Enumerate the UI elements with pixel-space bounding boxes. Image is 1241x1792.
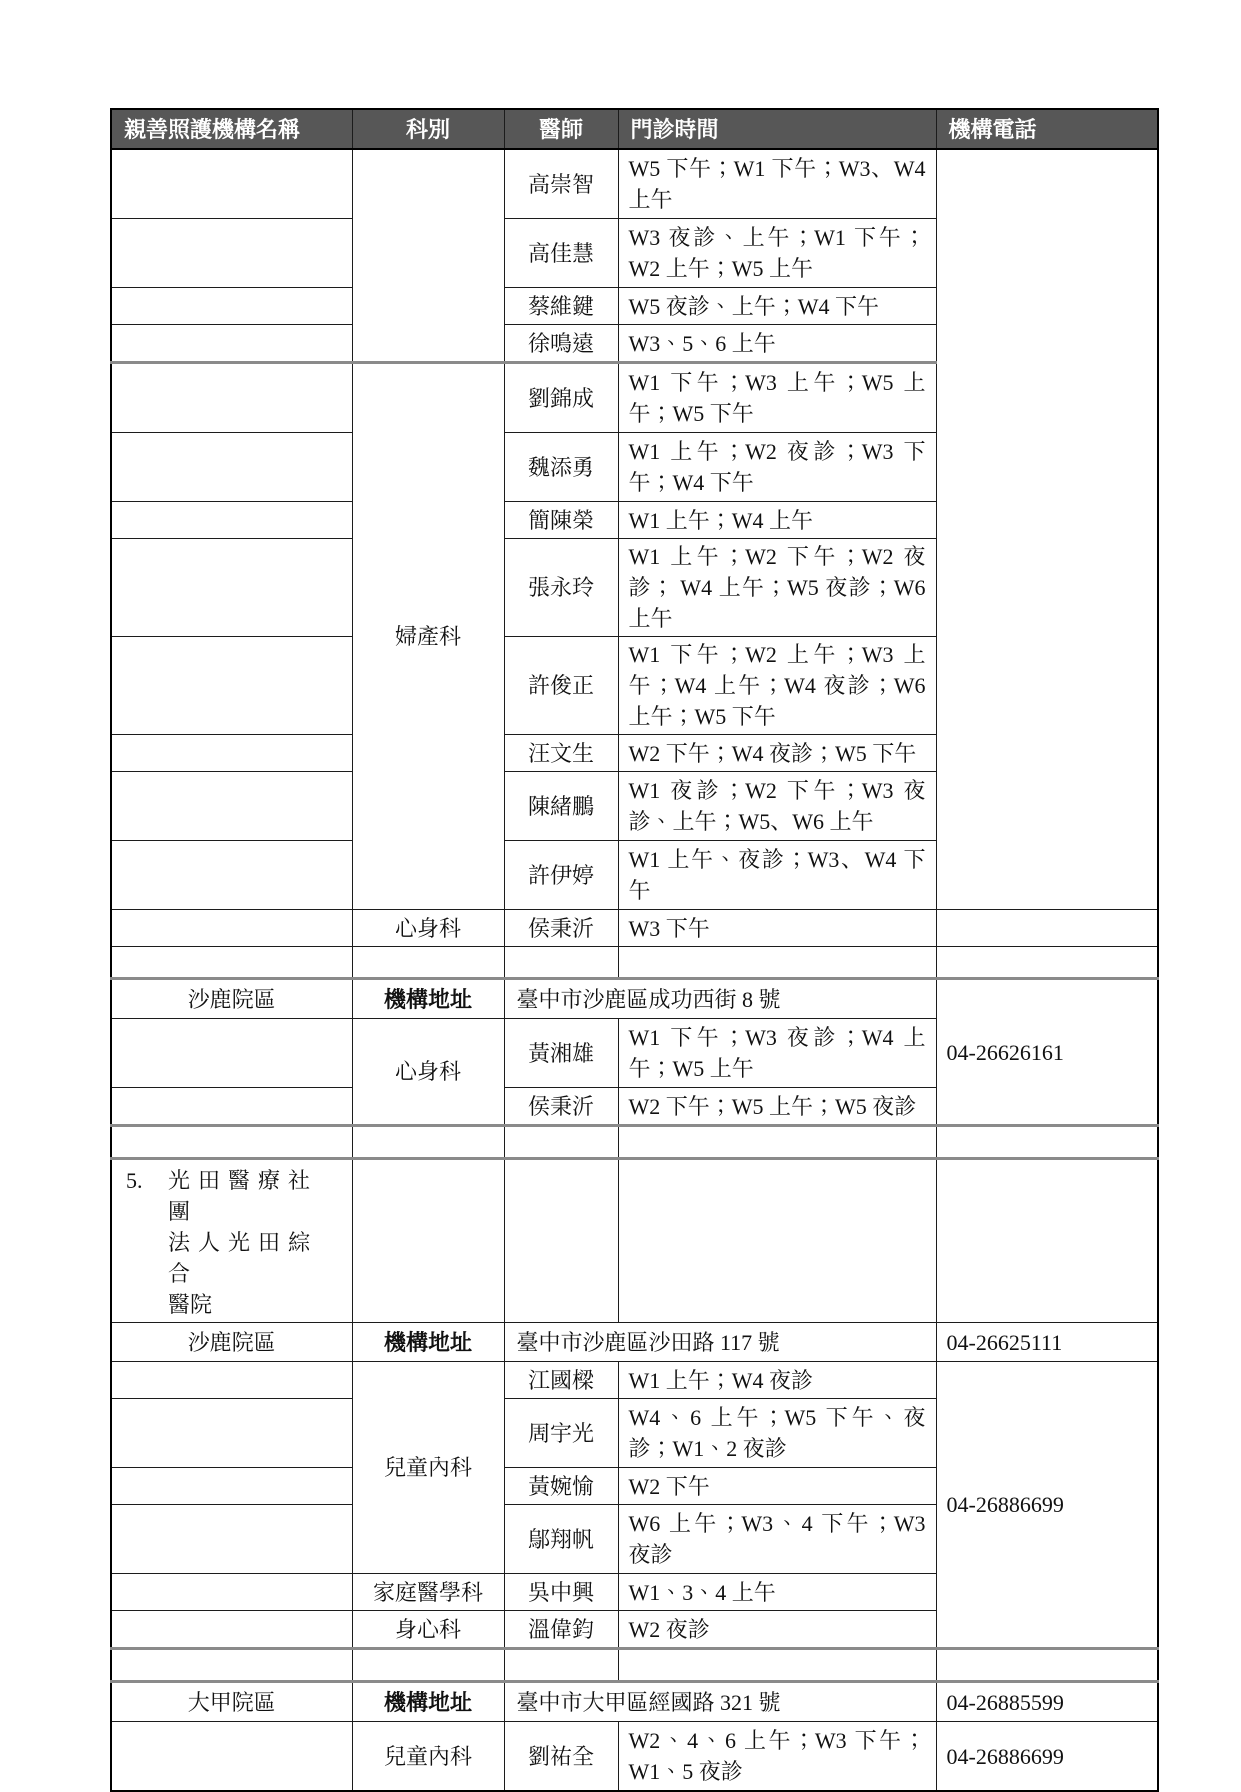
address-label-cell: 機構地址 [352, 1323, 504, 1362]
hours-cell: W5 下午；W1 下午；W3、W4 上午 [618, 149, 936, 219]
doctor-cell: 張永玲 [504, 539, 618, 637]
phone-cell: 04-26886699 [936, 1362, 1158, 1649]
branch-name-cell: 大甲院區 [111, 1682, 352, 1722]
doctor-cell: 劉祐全 [504, 1722, 618, 1792]
empty-cell [111, 1649, 352, 1682]
empty-cell [504, 947, 618, 979]
empty-cell [111, 1126, 352, 1159]
table-row: 心身科 侯秉沂 W3 下午 [111, 910, 1158, 947]
org-cell [111, 910, 352, 947]
spacer-row [111, 1126, 1158, 1159]
org-cell [111, 841, 352, 910]
branch-address-row: 沙鹿院區 機構地址 臺中市沙鹿區成功西街 8 號 04-26626161 [111, 979, 1158, 1019]
hours-cell: W1 下午；W2 上午；W3 上午；W4 上午；W4 夜診；W6 上午；W5 下… [618, 637, 936, 735]
dept-cell: 身心科 [352, 1611, 504, 1649]
document-page: 親善照護機構名稱 科別 醫師 門診時間 機構電話 高崇智 W5 下午；W1 下午… [0, 0, 1241, 1755]
empty-cell [504, 1126, 618, 1159]
hospital-name-cell: 5. 光田醫療社團 法人光田綜合 醫院 [111, 1159, 352, 1323]
branch-address-row: 沙鹿院區 機構地址 臺中市沙鹿區沙田路 117 號 04-26625111 [111, 1323, 1158, 1362]
empty-cell [936, 1126, 1158, 1159]
empty-cell [618, 1126, 936, 1159]
empty-cell [352, 947, 504, 979]
branch-name-cell: 沙鹿院區 [111, 1323, 352, 1362]
org-cell [111, 1019, 352, 1088]
header-phone: 機構電話 [936, 109, 1158, 149]
org-cell [111, 502, 352, 539]
hours-cell: W1 下午；W3 上午；W5 上午；W5 下午 [618, 363, 936, 433]
phone-cell [936, 910, 1158, 947]
dept-cell: 婦產科 [352, 363, 504, 910]
doctor-cell: 侯秉沂 [504, 1088, 618, 1126]
hours-cell: W3、5、6 上午 [618, 325, 936, 363]
org-cell [111, 772, 352, 841]
org-cell [111, 288, 352, 325]
doctor-cell: 溫偉鈞 [504, 1611, 618, 1649]
org-cell [111, 1611, 352, 1649]
phone-cell [936, 149, 1158, 910]
doctor-cell: 劉錦成 [504, 363, 618, 433]
spacer-row [111, 947, 1158, 979]
hours-cell: W1、3、4 上午 [618, 1574, 936, 1611]
header-row: 親善照護機構名稱 科別 醫師 門診時間 機構電話 [111, 109, 1158, 149]
org-cell [111, 539, 352, 637]
empty-cell [352, 1159, 504, 1323]
empty-cell [936, 1649, 1158, 1682]
hours-cell: W1 上午、夜診；W3、W4 下午 [618, 841, 936, 910]
hours-cell: W2、4、6 上午；W3 下午；W1、5 夜診 [618, 1722, 936, 1792]
dept-cell: 兒童內科 [352, 1362, 504, 1574]
empty-cell [618, 1159, 936, 1323]
doctor-cell: 江國樑 [504, 1362, 618, 1399]
table-row: 兒童內科 劉祐全 W2、4、6 上午；W3 下午；W1、5 夜診 04-2688… [111, 1722, 1158, 1792]
dept-cell: 兒童內科 [352, 1722, 504, 1792]
doctor-cell: 許俊正 [504, 637, 618, 735]
header-doctor: 醫師 [504, 109, 618, 149]
header-hours: 門診時間 [618, 109, 936, 149]
address-label-cell: 機構地址 [352, 979, 504, 1019]
header-dept: 科別 [352, 109, 504, 149]
dept-cell: 家庭醫學科 [352, 1574, 504, 1611]
table-row: 兒童內科 江國樑 W1 上午；W4 夜診 04-26886699 [111, 1362, 1158, 1399]
doctor-cell: 周宇光 [504, 1399, 618, 1468]
hours-cell: W2 下午 [618, 1468, 936, 1505]
empty-cell [618, 1649, 936, 1682]
address-cell: 臺中市沙鹿區成功西街 8 號 [504, 979, 936, 1019]
hours-cell: W1 下午；W3 夜診；W4 上午；W5 上午 [618, 1019, 936, 1088]
empty-cell [352, 1126, 504, 1159]
org-cell [111, 1088, 352, 1126]
table-row: 高崇智 W5 下午；W1 下午；W3、W4 上午 [111, 149, 1158, 219]
doctor-cell: 徐鳴遠 [504, 325, 618, 363]
hours-cell: W2 夜診 [618, 1611, 936, 1649]
empty-cell [111, 947, 352, 979]
empty-cell [504, 1649, 618, 1682]
doctor-cell: 陳緒鵬 [504, 772, 618, 841]
phone-cell: 04-26626161 [936, 979, 1158, 1126]
hours-cell: W3 夜診、上午；W1 下午；W2 上午；W5 上午 [618, 219, 936, 288]
phone-cell: 04-26625111 [936, 1323, 1158, 1362]
hospital-name: 5. 光田醫療社團 法人光田綜合 醫院 [120, 1165, 344, 1320]
doctor-cell: 汪文生 [504, 735, 618, 772]
branch-address-row: 大甲院區 機構地址 臺中市大甲區經國路 321 號 04-26885599 [111, 1682, 1158, 1722]
org-cell [111, 1399, 352, 1468]
org-cell [111, 325, 352, 363]
phone-cell: 04-26886699 [936, 1722, 1158, 1792]
empty-cell [936, 1159, 1158, 1323]
clinic-schedule-table: 親善照護機構名稱 科別 醫師 門診時間 機構電話 高崇智 W5 下午；W1 下午… [110, 108, 1159, 1792]
hours-cell: W1 夜診；W2 下午；W3 夜診、上午；W5、W6 上午 [618, 772, 936, 841]
org-cell [111, 219, 352, 288]
doctor-cell: 魏添勇 [504, 433, 618, 502]
spacer-row [111, 1649, 1158, 1682]
doctor-cell: 高崇智 [504, 149, 618, 219]
doctor-cell: 侯秉沂 [504, 910, 618, 947]
org-cell [111, 149, 352, 219]
address-label-cell: 機構地址 [352, 1682, 504, 1722]
empty-cell [352, 1649, 504, 1682]
doctor-cell: 許伊婷 [504, 841, 618, 910]
hours-cell: W1 上午；W4 上午 [618, 502, 936, 539]
doctor-cell: 吳中興 [504, 1574, 618, 1611]
org-cell [111, 1505, 352, 1574]
empty-cell [618, 947, 936, 979]
address-cell: 臺中市沙鹿區沙田路 117 號 [504, 1323, 936, 1362]
header-org: 親善照護機構名稱 [111, 109, 352, 149]
org-cell [111, 637, 352, 735]
hours-cell: W2 下午；W4 夜診；W5 下午 [618, 735, 936, 772]
hours-cell: W1 上午；W2 夜診；W3 下午；W4 下午 [618, 433, 936, 502]
hours-cell: W1 上午；W4 夜診 [618, 1362, 936, 1399]
org-cell [111, 1468, 352, 1505]
address-cell: 臺中市大甲區經國路 321 號 [504, 1682, 936, 1722]
org-cell [111, 1574, 352, 1611]
doctor-cell: 黃婉愉 [504, 1468, 618, 1505]
org-cell [111, 1722, 352, 1792]
doctor-cell: 簡陳榮 [504, 502, 618, 539]
hours-cell: W6 上午；W3、4 下午；W3 夜診 [618, 1505, 936, 1574]
phone-cell: 04-26885599 [936, 1682, 1158, 1722]
doctor-cell: 黃湘雄 [504, 1019, 618, 1088]
empty-cell [936, 947, 1158, 979]
hours-cell: W5 夜診、上午；W4 下午 [618, 288, 936, 325]
org-cell [111, 433, 352, 502]
empty-cell [504, 1159, 618, 1323]
hospital-name-row: 5. 光田醫療社團 法人光田綜合 醫院 [111, 1159, 1158, 1323]
dept-cell: 心身科 [352, 1019, 504, 1126]
doctor-cell: 鄔翔帆 [504, 1505, 618, 1574]
org-cell [111, 1362, 352, 1399]
dept-cell: 心身科 [352, 910, 504, 947]
dept-cell [352, 149, 504, 363]
doctor-cell: 高佳慧 [504, 219, 618, 288]
hours-cell: W4、6 上午；W5 下午、夜診；W1、2 夜診 [618, 1399, 936, 1468]
list-number: 5. [126, 1165, 143, 1196]
hours-cell: W1 上午；W2 下午；W2 夜診； W4 上午；W5 夜診；W6 上午 [618, 539, 936, 637]
doctor-cell: 蔡維鍵 [504, 288, 618, 325]
hours-cell: W3 下午 [618, 910, 936, 947]
org-cell [111, 735, 352, 772]
org-cell [111, 363, 352, 433]
hours-cell: W2 下午；W5 上午；W5 夜診 [618, 1088, 936, 1126]
branch-name-cell: 沙鹿院區 [111, 979, 352, 1019]
